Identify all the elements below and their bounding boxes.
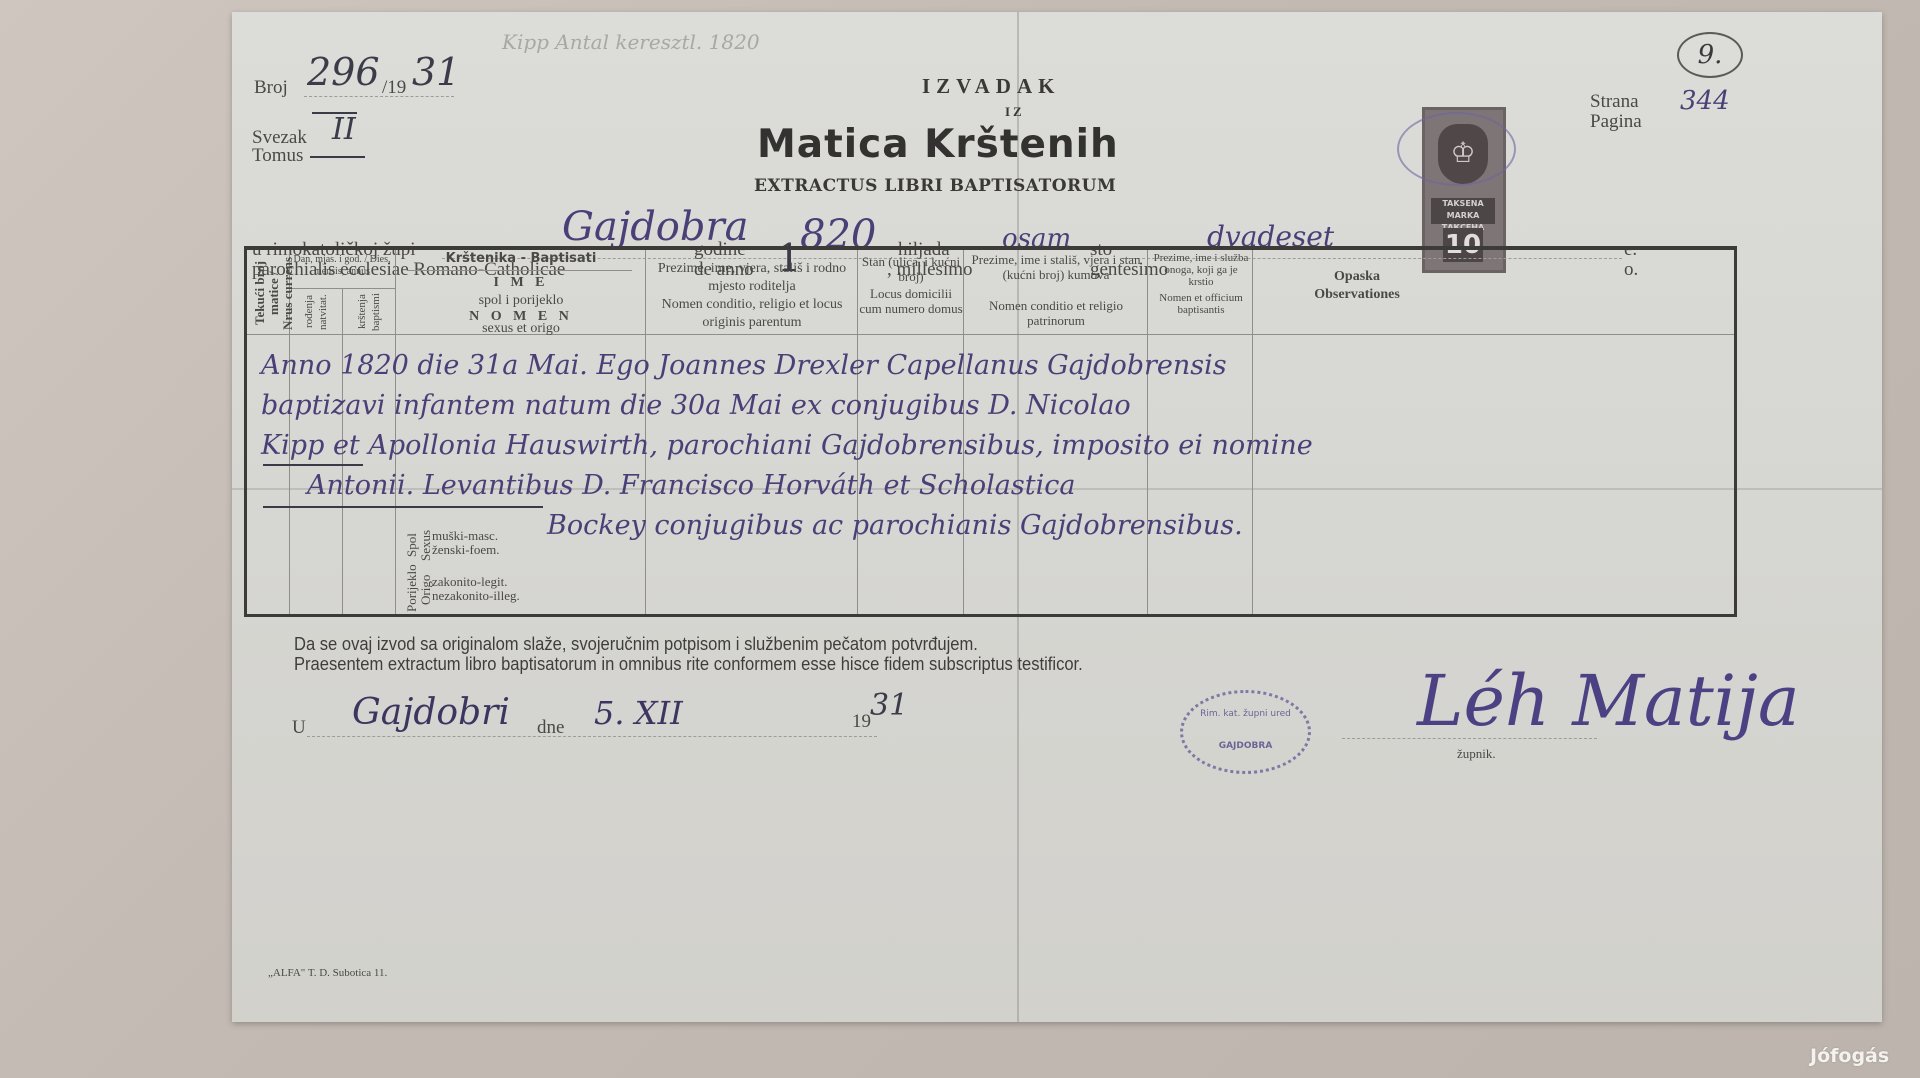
date-group-divider — [289, 288, 395, 289]
entry-line-2: baptizavi infantem natum die 30a Mai ex … — [261, 390, 1131, 421]
surname-underline — [263, 464, 363, 466]
seal-bottom-text: GAJDOBRA — [1183, 741, 1308, 751]
header-baptizer-hr: Prezime, ime i služba onoga, koji ga je … — [1151, 252, 1251, 288]
printer-mark: „ALFA" T. D. Subotica 11. — [268, 967, 387, 979]
header-observationes: Observationes — [1257, 286, 1457, 304]
entry-line-4: Antonii. Levantibus D. Francisco Horváth… — [307, 470, 1075, 501]
place-value: Gajdobri — [352, 692, 510, 733]
place-label: U — [292, 718, 306, 738]
tax-stamp-band: TAKSENA MARKA ТАКСЕНА МАРКА — [1431, 198, 1495, 224]
seal-top-text: Rim. kat. župni ured — [1183, 709, 1308, 719]
register-table: Tekući broj matice / Nrus currens Dan, m… — [244, 246, 1737, 617]
certification-hr: Da se ovaj izvod sa originalom slaže, sv… — [294, 634, 978, 655]
signature-dotline — [1342, 738, 1597, 739]
cert-year-value: 31 — [870, 688, 908, 723]
signature-role: župnik. — [1457, 746, 1496, 762]
sex-female: ženski-foem. — [432, 542, 500, 558]
signature: Léh Matija — [1417, 660, 1800, 742]
header-sexus-origo: sexus et origo — [397, 324, 645, 334]
header-baptized-group: Krštenika - Baptisati — [397, 250, 645, 268]
header-divider — [247, 334, 1734, 335]
header-parents-la: Nomen conditio, religio et locus origini… — [649, 296, 855, 332]
header-stan-hr: Stan (ulica, i kućni broj) — [859, 254, 963, 284]
origin-label: Porijeklo Origo — [405, 568, 433, 612]
watermark-logo: Jófogás — [1810, 1045, 1889, 1067]
date-value: 5. XII — [594, 694, 683, 732]
strana-value: 344 — [1680, 86, 1730, 116]
broj-value: 296 — [307, 50, 380, 94]
header-running-number: Tekući broj matice / Nrus currens — [253, 256, 295, 330]
page-title: Matica Krštenih — [757, 122, 1119, 167]
tax-stamp-band-line1: TAKSENA MARKA — [1431, 198, 1495, 222]
tomus-label: Tomus — [252, 146, 303, 166]
svezak-value: II — [332, 112, 356, 147]
broj-year-prefix: /19 — [382, 78, 406, 98]
sex-label: Spol Sexus — [405, 525, 433, 565]
title-latin: EXTRACTUS LIBRI BAPTISATORUM — [754, 176, 1116, 196]
title-iz: IZ — [1005, 104, 1025, 120]
pencil-note: Kipp Antal keresztl. 1820 — [502, 30, 760, 54]
stamp-cancellation-oval — [1397, 112, 1516, 186]
header-parents-hr: Prezime, ime, vjera, stališ i rodno mjes… — [649, 260, 855, 296]
broj-label: Broj — [254, 78, 288, 98]
baptized-group-divider — [407, 270, 632, 271]
strana-label: Strana — [1590, 92, 1639, 112]
name-underline — [263, 506, 543, 508]
svezak-overline — [312, 112, 357, 114]
certification-la: Praesentem extractum libro baptisatorum … — [294, 654, 1083, 675]
header-opaska: Opaska — [1257, 268, 1457, 286]
broj-year-value: 31 — [412, 50, 460, 94]
header-stan-la: Locus domicilii cum numero domus — [859, 286, 963, 316]
svezak-underline — [310, 156, 365, 158]
broj-dotline — [304, 96, 454, 97]
page-number-circle: 9. — [1677, 32, 1743, 78]
origin-illeg: nezakonito-illeg. — [432, 588, 520, 604]
header-birth: rođenja natvitat. — [302, 292, 330, 332]
header-date-group: Dan, mjas. i god. / Dies, mensis, annus — [291, 254, 393, 278]
header-baptism: krštenja baptismi — [355, 292, 383, 332]
pagina-label: Pagina — [1590, 112, 1642, 132]
parish-seal: Rim. kat. župni ured GAJDOBRA — [1180, 690, 1311, 774]
dne-label: dne — [537, 718, 564, 738]
entry-line-5: Bockey conjugibus ac parochianis Gajdobr… — [547, 510, 1243, 541]
header-baptizer-la: Nomen et officium baptisantis — [1151, 292, 1251, 316]
entry-line-1: Anno 1820 die 31a Mai. Ego Joannes Drexl… — [261, 350, 1227, 381]
header-godparents-la: Nomen conditio et religio patrinorum — [967, 298, 1145, 328]
baptism-certificate: Kipp Antal keresztl. 1820 9. Broj 296 /1… — [232, 12, 1882, 1022]
title-izvadak: IZVADAK — [922, 74, 1060, 99]
year-label: 19 — [852, 712, 871, 732]
entry-line-3: Kipp et Apollonia Hauswirth, parochiani … — [261, 430, 1313, 461]
header-ime: I M E — [397, 274, 645, 292]
header-godparents-hr: Prezime, ime i stališ, vjera i stan (kuć… — [967, 252, 1145, 282]
place-dotline — [307, 736, 877, 737]
